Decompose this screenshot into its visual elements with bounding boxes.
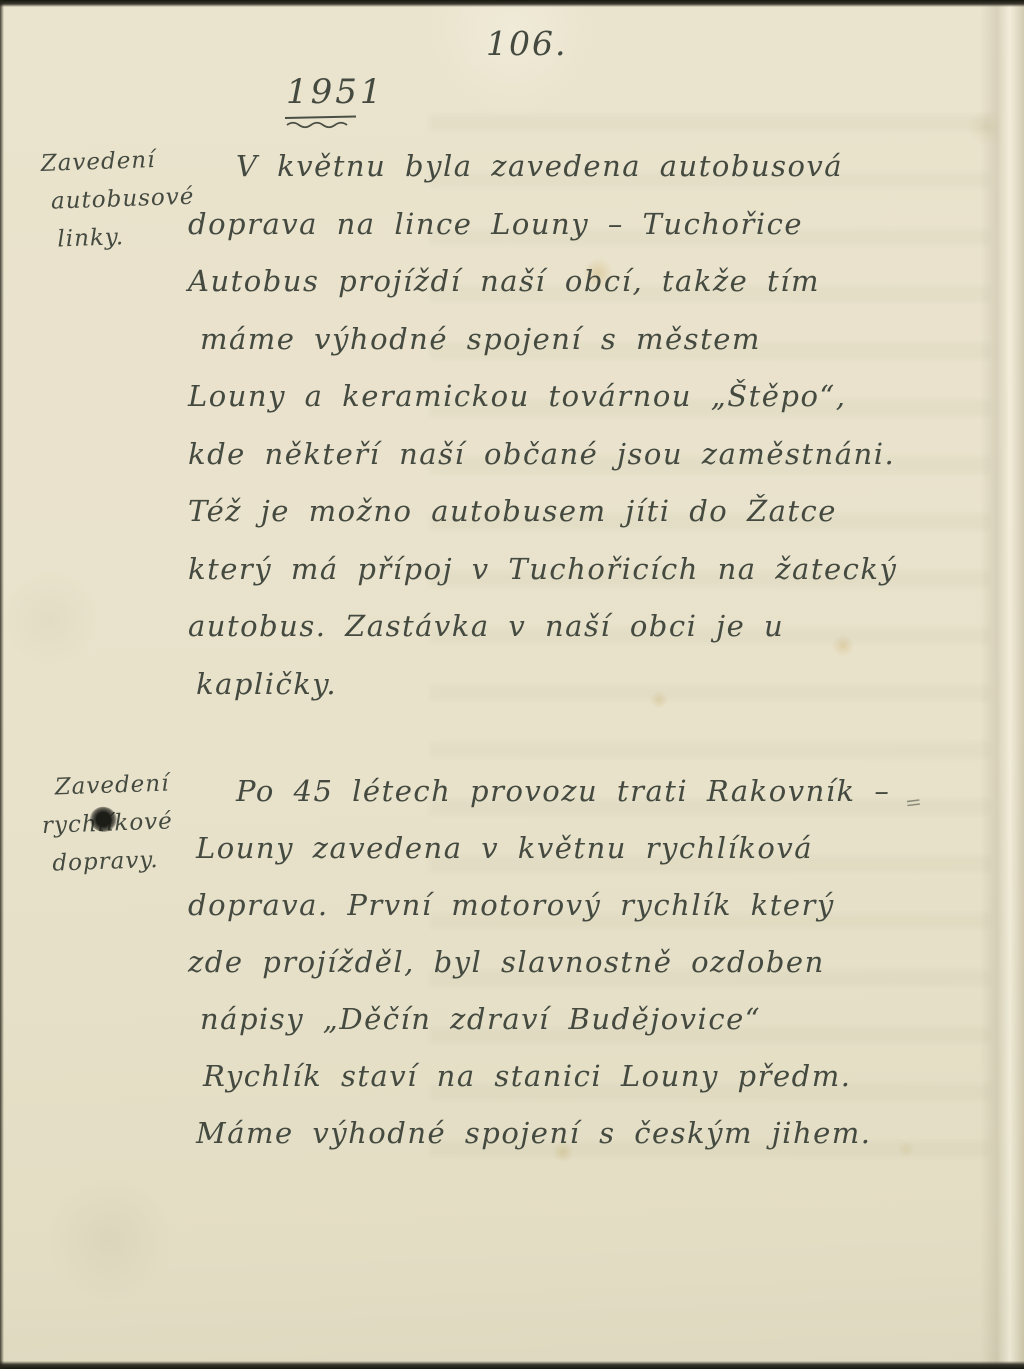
text-line: doprava. První motorový rychlík který: [188, 877, 948, 934]
text-line: kde někteří naší občané jsou zaměstnáni.: [188, 426, 948, 484]
scan-edge-left: [0, 0, 4, 1369]
text-line: Autobus projíždí naší obcí, takže tím: [188, 253, 948, 311]
text-line: autobus. Zastávka v naší obci je u: [188, 598, 948, 656]
year-heading: 1951: [286, 72, 385, 112]
text-line: máme výhodné spojení s městem: [188, 311, 948, 369]
text-line: V květnu byla zavedena autobusová: [188, 138, 948, 196]
chronicle-page: 106. 1951 Zavedení autobusové linky. Zav…: [0, 0, 1024, 1369]
text-line: Máme výhodné spojení s českým jihem.: [188, 1105, 948, 1162]
scan-edge-top: [0, 0, 1024, 7]
text-line: zde projížděl, byl slavnostně ozdoben: [188, 934, 948, 991]
text-line: Též je možno autobusem jíti do Žatce: [188, 483, 948, 541]
text-line: Rychlík staví na stanici Louny předm.: [188, 1048, 948, 1105]
continuation-dash-mark: =: [904, 789, 924, 815]
text-line: doprava na lince Louny – Tuchořice: [188, 196, 948, 254]
margin-note-line: rychlíkové: [41, 801, 212, 845]
scan-edge-bottom: [0, 1361, 1024, 1369]
paragraph-express-service: Po 45 létech provozu trati Rakovník – Lo…: [188, 763, 948, 1162]
paragraph-bus-line: V květnu byla zavedena autobusová doprav…: [188, 138, 948, 713]
text-line: Louny zavedena v květnu rychlíková: [188, 820, 948, 877]
page-crease: [980, 0, 1024, 1369]
text-line: Po 45 létech provozu trati Rakovník –: [188, 763, 948, 820]
text-line: kapličky.: [188, 656, 948, 714]
margin-note-line: Zavedení: [40, 139, 211, 183]
text-line: Louny a keramickou továrnou „Štěpo“,: [188, 368, 948, 426]
text-line: který má přípoj v Tuchořicích na žatecký: [188, 541, 948, 599]
margin-note-line: Zavedení: [40, 763, 211, 807]
margin-note-line: autobusové: [41, 177, 212, 221]
page-number: 106.: [486, 24, 567, 63]
text-line: nápisy „Děčín zdraví Budějovice“: [188, 991, 948, 1048]
year-underline: [282, 114, 360, 130]
